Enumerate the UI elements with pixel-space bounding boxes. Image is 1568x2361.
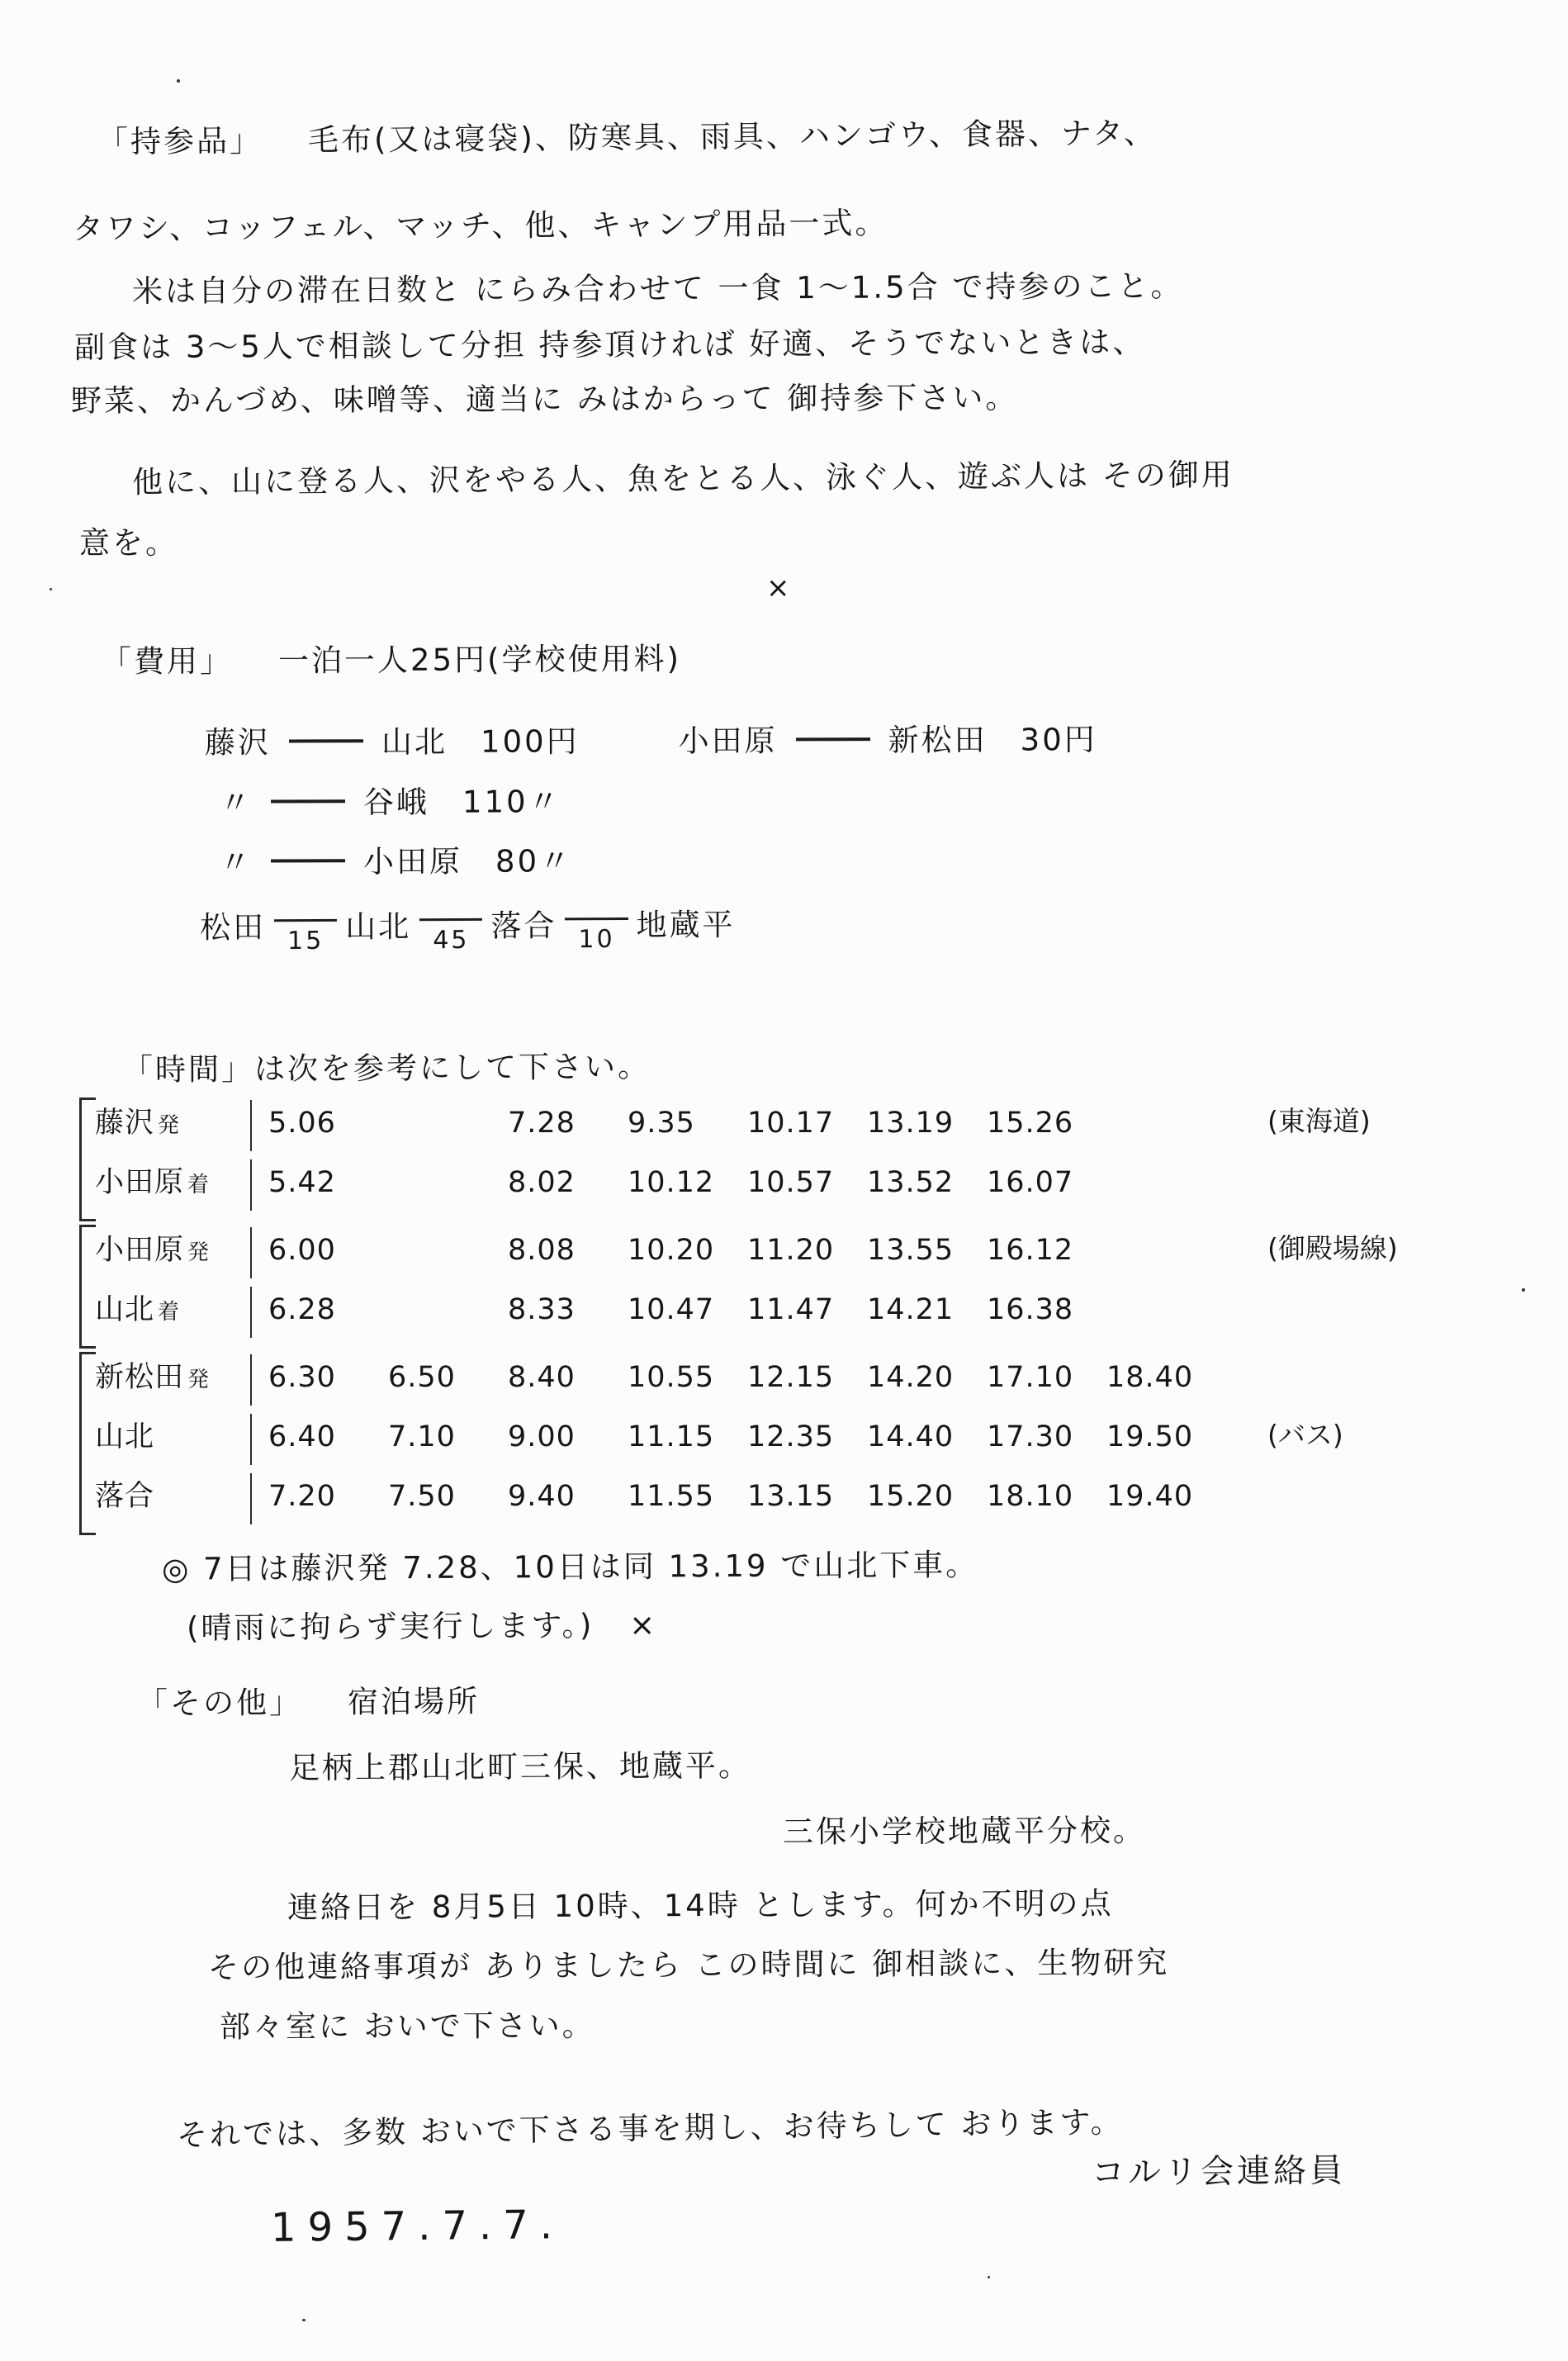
others-line1: 他に、山に登る人、沢をやる人、魚をとる人、泳ぐ人、遊ぶ人は その御用 [132,457,1234,501]
depart-arrive-mark: 着 [187,1173,210,1197]
lodging-address1: 足柄上郡山北町三保、地蔵平。 [289,1748,751,1787]
route-dash [289,739,363,742]
depart-arrive-mark: 発 [187,1368,210,1392]
fare2-from: 〃 [220,785,253,821]
time-cell: 17.10 [987,1361,1106,1394]
route-minutes-2: 45 [419,918,482,955]
time-cell: 14.20 [867,1361,987,1394]
fare3-to: 小田原 [363,844,462,879]
time-cell: 17.30 [987,1420,1106,1453]
station-name: 山北 [95,1420,154,1453]
fare1-from2: 小田原 [679,723,778,758]
table-row: 落合 7.207.509.4011.5513.1515.2018.1019.40 [95,1473,1548,1533]
route-minutes-3: 10 [565,917,628,955]
time-cell: 7.28 [508,1107,628,1140]
time-cell: 11.47 [747,1293,867,1326]
fare3-from: 〃 [220,845,253,880]
time-cell: 13.52 [867,1166,987,1199]
fare3-price: 80〃 [495,843,572,879]
time-cell: 10.47 [628,1293,747,1326]
time-cell: 6.28 [268,1293,388,1326]
time-cell: 8.33 [508,1293,628,1326]
items-line1: 毛布(又は寝袋)、防寒具、雨具、ハンゴウ、食器、ナタ、 [308,115,1157,158]
time-cell: 12.15 [747,1361,867,1394]
timetable-note2: (晴雨に拘らず実行します。) × [187,1607,657,1647]
other-sub: 宿泊場所 [348,1684,480,1720]
table-row: 小田原着 5.428.0210.1210.5713.5216.07 [95,1159,1548,1219]
scan-speck [177,79,180,83]
rice-line2: 副食は 3〜5人で相談して分担 持参頂ければ 好適、そうでないときは、 [74,325,1146,367]
time-cell: 11.20 [747,1234,867,1267]
fare1-to: 山北 [381,724,448,760]
items-line2: タワシ、コッフェル、マッチ、他、キャンプ用品一式。 [73,206,888,248]
time-cell: 5.42 [268,1166,388,1199]
timetable-intro: 「時間」は次を参考にして下さい。 [122,1049,651,1089]
route-dash [271,799,345,803]
fare-line-3: 〃小田原80〃 [220,843,572,881]
station-name: 新松田 [95,1361,184,1394]
time-cell: 11.15 [628,1420,747,1453]
bus-route-line: 松田15山北45落合10地蔵平 [200,905,736,946]
rice-line3: 野菜、かんづめ、味噌等、適当に みはからって 御持参下さい。 [71,380,1018,420]
note-x-mark: × [629,1607,657,1643]
time-cell: 15.20 [867,1480,987,1513]
line-note: (バス) [1267,1414,1343,1453]
time-cell: 16.38 [987,1293,1106,1326]
station-name: 小田原 [95,1166,184,1199]
fees-lodging: 一泊一人25円(学校使用料) [278,641,681,679]
items-heading-line: 「持参品」毛布(又は寝袋)、防寒具、雨具、ハンゴウ、食器、ナタ、 [97,115,1157,161]
time-cell: 13.55 [867,1234,987,1267]
station-name: 落合 [95,1480,154,1513]
timetable-group-gotemba: 小田原発 6.008.0810.2011.2013.5516.12 (御殿場線)… [79,1227,1548,1346]
time-cell: 7.50 [388,1480,508,1513]
time-cell: 6.50 [388,1361,508,1394]
route-station-matsuda: 松田 [200,909,266,945]
closing-line: それでは、多数 おいで下さる事を期し、お待ちして おります。 [177,2104,1124,2154]
route-station-ochiai: 落合 [490,908,557,943]
time-cell: 11.55 [628,1480,747,1513]
fees-heading-line: 「費用」一泊一人25円(学校使用料) [101,641,681,680]
route-minutes-1: 15 [274,919,337,956]
contact-line1: 連絡日を 8月5日 10時、14時 とします。何か不明の点 [287,1885,1114,1927]
timetable-note1: ◎ 7日は藤沢発 7.28、10日は同 13.19 で山北下車。 [162,1547,978,1588]
timetable-heading: 「時間」 [122,1051,254,1088]
time-cell: 7.20 [268,1480,388,1513]
contact-line3: 部々室に おいで下さい。 [220,2008,595,2046]
station-name: 藤沢 [95,1107,154,1140]
time-cell: 10.17 [747,1107,867,1140]
route-dash [796,737,870,741]
time-cell: 9.00 [508,1420,628,1453]
route-dash [271,859,345,862]
timetable-intro-rest: は次を参考にして下さい。 [254,1049,651,1087]
other-heading-line: 「その他」宿泊場所 [137,1684,480,1723]
time-cell: 5.06 [268,1107,388,1140]
fare2-to: 谷峨 [363,785,429,820]
time-cell: 18.40 [1106,1361,1226,1394]
time-cell: 14.40 [867,1420,987,1453]
depart-arrive-mark: 発 [158,1113,180,1138]
fare-line-2: 〃谷峨110〃 [220,784,561,822]
station-label: 小田原発 [95,1227,252,1278]
lodging-address2: 三保小学校地蔵平分校。 [783,1813,1146,1851]
signature: コルリ会連絡員 [1092,2151,1346,2193]
scan-speck [50,588,52,590]
contact-line2: その他連絡事項が ありましたら この時間に 御相談に、生物研究 [208,1945,1170,1986]
timetable-note2-text: (晴雨に拘らず実行します。) [187,1608,595,1646]
depart-arrive-mark: 発 [187,1240,210,1265]
others-line2: 意を。 [79,525,178,562]
time-cell: 12.35 [747,1420,867,1453]
station-name: 小田原 [95,1234,184,1267]
time-cell: 19.50 [1106,1420,1226,1453]
station-label: 藤沢発 [95,1100,252,1151]
scan-speck [988,2276,990,2278]
timetable-group-bus: 新松田発 6.306.508.4010.5512.1514.2017.1018.… [79,1354,1548,1533]
time-cell: 8.08 [508,1234,628,1267]
time-cell: 6.30 [268,1361,388,1394]
time-cell: 9.35 [628,1107,747,1140]
section-separator-x: × [766,571,790,604]
table-row: 新松田発 6.306.508.4010.5512.1514.2017.1018.… [95,1354,1548,1414]
time-cell: 14.21 [867,1293,987,1326]
date: 1957.7.7. [271,2202,565,2252]
other-heading: 「その他」 [137,1685,302,1721]
time-cell: 13.19 [867,1107,987,1140]
station-label: 落合 [95,1473,252,1524]
time-cell: 7.10 [388,1420,508,1453]
line-note: (東海道) [1267,1100,1371,1139]
station-name: 山北 [95,1293,154,1326]
fare1-to2: 新松田 [888,723,988,758]
time-cell: 10.12 [628,1166,747,1199]
time-cell: 10.57 [747,1166,867,1199]
station-label: 山北着 [95,1287,252,1338]
scan-speck [1522,1288,1525,1292]
time-cell: 16.12 [987,1234,1106,1267]
time-cell: 13.15 [747,1480,867,1513]
time-cell: 16.07 [987,1166,1106,1199]
fare1-price2: 30円 [1021,722,1097,757]
rice-line1: 米は自分の滞在日数と にらみ合わせて 一食 1〜1.5合 で持参のこと。 [132,268,1184,311]
time-cell: 19.40 [1106,1480,1226,1513]
line-note: (御殿場線) [1267,1227,1398,1266]
time-cell: 6.40 [268,1420,388,1453]
station-label: 山北 [95,1414,252,1465]
time-cell: 8.40 [508,1361,628,1394]
table-row: 藤沢発 5.067.289.3510.1713.1915.26 (東海道) [95,1100,1548,1159]
time-cell: 6.00 [268,1234,388,1267]
fare1-from: 藤沢 [205,725,271,761]
fees-heading: 「費用」 [101,643,233,680]
station-label: 新松田発 [95,1354,252,1406]
table-row: 小田原発 6.008.0810.2011.2013.5516.12 (御殿場線) [95,1227,1548,1287]
route-station-yamakita: 山北 [345,908,411,944]
time-cell: 10.20 [628,1234,747,1267]
time-cell: 15.26 [987,1107,1106,1140]
depart-arrive-mark: 着 [158,1300,180,1325]
table-row: 山北 6.407.109.0011.1512.3514.4017.3019.50… [95,1414,1548,1473]
scanned-letter-page: 「持参品」毛布(又は寝袋)、防寒具、雨具、ハンゴウ、食器、ナタ、 タワシ、コッフ… [0,0,1568,2361]
fare1-price: 100円 [481,723,580,759]
scan-speck [302,2319,306,2321]
route-station-jizodaira: 地蔵平 [636,907,735,943]
time-cell: 18.10 [987,1480,1106,1513]
timetable-group-tokaido: 藤沢発 5.067.289.3510.1713.1915.26 (東海道) 小田… [79,1100,1548,1219]
fare-line-1: 藤沢山北100円小田原新松田30円 [205,722,1097,761]
fare2-price: 110〃 [462,784,561,819]
station-label: 小田原着 [95,1159,252,1211]
time-cell: 9.40 [508,1480,628,1513]
table-row: 山北着 6.288.3310.4711.4714.2116.38 [95,1287,1548,1346]
time-cell: 8.02 [508,1166,628,1199]
time-cell: 10.55 [628,1361,747,1394]
items-heading: 「持参品」 [97,123,263,160]
